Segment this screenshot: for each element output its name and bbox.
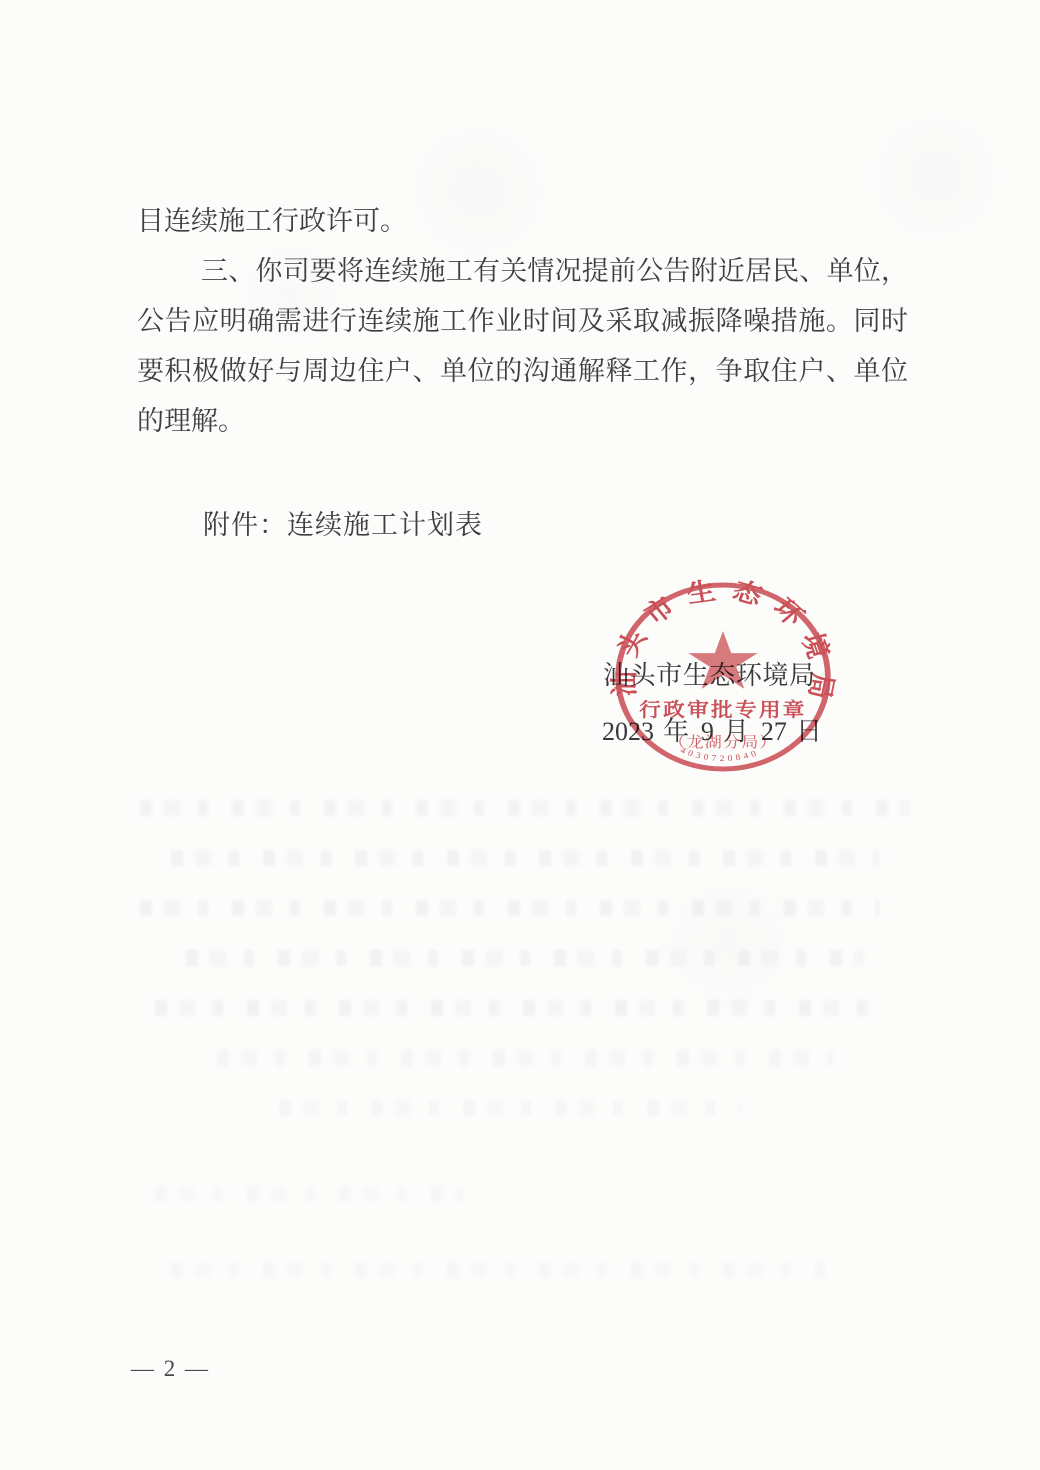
bleed-through-ghost-text	[140, 800, 910, 1312]
body-paragraphs: 目连续施工行政许可。 三、你司要将连续施工有关情况提前公告附近居民、单位， 公告…	[137, 196, 908, 446]
body-line-2: 三、你司要将连续施工有关情况提前公告附近居民、单位，	[137, 246, 908, 296]
document-page: 目连续施工行政许可。 三、你司要将连续施工有关情况提前公告附近居民、单位， 公告…	[0, 0, 1040, 1470]
body-line-5: 的理解。	[137, 396, 908, 446]
page-number: — 2 —	[131, 1356, 210, 1382]
body-line-4: 要积极做好与周边住户、单位的沟通解释工作，争取住户、单位	[137, 346, 908, 396]
official-seal: 汕头市生态环境局 行政审批专用章 （龙湖分局） 4030720840	[609, 577, 837, 777]
body-line-3: 公告应明确需进行连续施工作业时间及采取减振降噪措施。同时	[137, 296, 908, 346]
seal-title: 行政审批专用章	[639, 698, 806, 720]
body-line-1: 目连续施工行政许可。	[137, 196, 908, 246]
attachment-note: 附件：连续施工计划表	[203, 500, 483, 550]
red-star-icon	[688, 631, 757, 689]
